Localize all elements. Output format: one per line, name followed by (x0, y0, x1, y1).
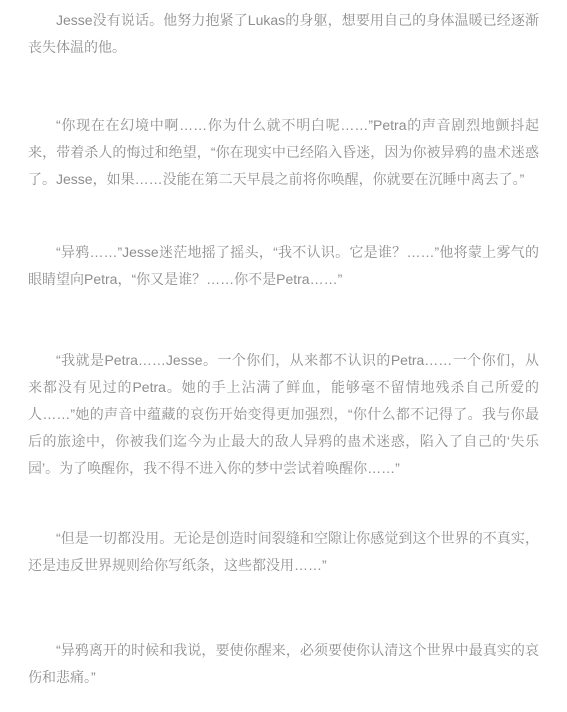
story-paragraph-1: Jesse没有说话。他努力抱紧了Lukas的身躯，想要用自己的身体温暖已经逐渐丧… (28, 7, 539, 61)
document-page: Jesse没有说话。他努力抱紧了Lukas的身躯，想要用自己的身体温暖已经逐渐丧… (0, 0, 567, 712)
story-paragraph-6: “异鸦离开的时候和我说，要使你醒来，必须要使你认清这个世界中最真实的哀伤和悲痛。… (28, 637, 539, 691)
story-paragraph-2: “你现在在幻境中啊……你为什么就不明白呢……”Petra的声音剧烈地颤抖起来，带… (28, 112, 539, 193)
story-paragraph-5: “但是一切都没用。无论是创造时间裂缝和空隙让你感觉到这个世界的不真实，还是违反世… (28, 525, 539, 579)
story-paragraph-3: “异鸦……”Jesse迷茫地摇了摇头，“我不认识。它是谁？……”他将蒙上雾气的眼… (28, 239, 539, 293)
story-paragraph-4: “我就是Petra……Jesse。一个你们，从来都不认识的Petra……一个你们… (28, 347, 539, 482)
